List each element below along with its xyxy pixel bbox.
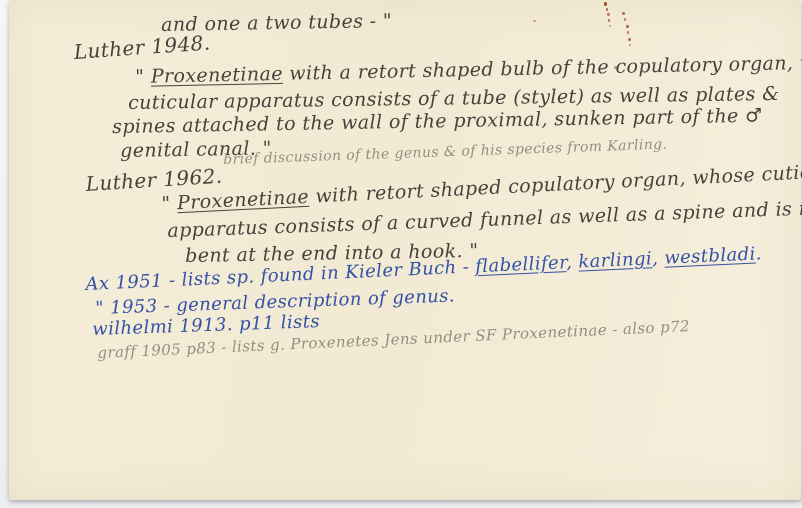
stain-speck (628, 38, 631, 41)
handwritten-line-quote-1948-1: " Proxenetinae with a retort shaped bulb… (135, 51, 802, 88)
index-card: and one a two tubes - " Luther 1948. " P… (9, 0, 801, 500)
stain-speck (629, 44, 631, 46)
line-text: Luther 1948. (73, 30, 211, 63)
stain-speck (627, 31, 629, 34)
stain-speck (606, 8, 608, 11)
scanned-page: and one a two tubes - " Luther 1948. " P… (0, 0, 802, 508)
line-text: " (161, 192, 178, 215)
stain-speck (533, 20, 536, 22)
stain-speck (607, 13, 610, 16)
stain-speck (624, 18, 626, 21)
underlined-taxon-name: Proxenetinae (177, 186, 310, 214)
stain-speck (622, 12, 625, 15)
line-text: " (135, 66, 151, 88)
handwritten-line-pencil-annotation: brief discussion of the genus & of his s… (223, 136, 668, 167)
line-text: brief discussion of the genus & of his s… (223, 136, 668, 167)
stain-speck (626, 25, 629, 28)
underlined-species-flabellifer: flabellifer (475, 252, 567, 277)
stain-speck (604, 2, 607, 6)
stain-speck (608, 19, 610, 22)
stain-speck (609, 25, 611, 27)
line-text: . (755, 243, 762, 264)
underlined-species-westbladi: westbladi (664, 244, 756, 269)
line-text: with a retort shaped bulb of the copulat… (283, 51, 802, 85)
handwritten-line-citation-luther-1948: Luther 1948. (73, 30, 211, 63)
underlined-species-karlingi: karlingi (578, 248, 653, 272)
underlined-taxon-name: Proxenetinae (151, 63, 284, 88)
